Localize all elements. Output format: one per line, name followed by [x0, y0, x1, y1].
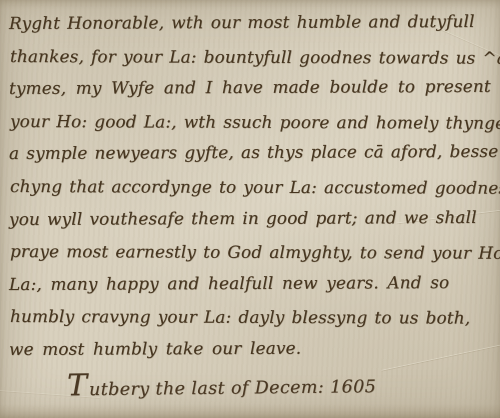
- manuscript-line: chyng that accordynge to your La: accust…: [10, 170, 497, 204]
- manuscript-line: we most humbly take our leave.: [9, 331, 496, 366]
- manuscript-line: praye most earnestly to God almyghty, to…: [10, 235, 497, 269]
- letter-dateline: Tutbery the last of Decem: 1605: [9, 364, 496, 407]
- manuscript-line: thankes, for your La: bountyfull goodnes…: [10, 40, 497, 74]
- manuscript-paper: Ryght Honorable, wth our most humble and…: [0, 0, 500, 418]
- manuscript-line: you wyll vouthesafe them in good part; a…: [9, 200, 496, 235]
- manuscript-line: La:, many happy and healfull new years. …: [9, 266, 496, 301]
- manuscript-line: your Ho: good La:, wth ssuch poore and h…: [10, 105, 497, 139]
- letter-body: Ryght Honorable, wth our most humble and…: [9, 7, 496, 408]
- manuscript-line: tymes, my Wyfe and I have made boulde to…: [9, 70, 496, 105]
- manuscript-line: Ryght Honorable, wth our most humble and…: [9, 5, 496, 40]
- manuscript-line: a symple newyears gyfte, as thys place c…: [9, 135, 496, 170]
- manuscript-line: humbly cravyng your La: dayly blessyng t…: [10, 300, 497, 334]
